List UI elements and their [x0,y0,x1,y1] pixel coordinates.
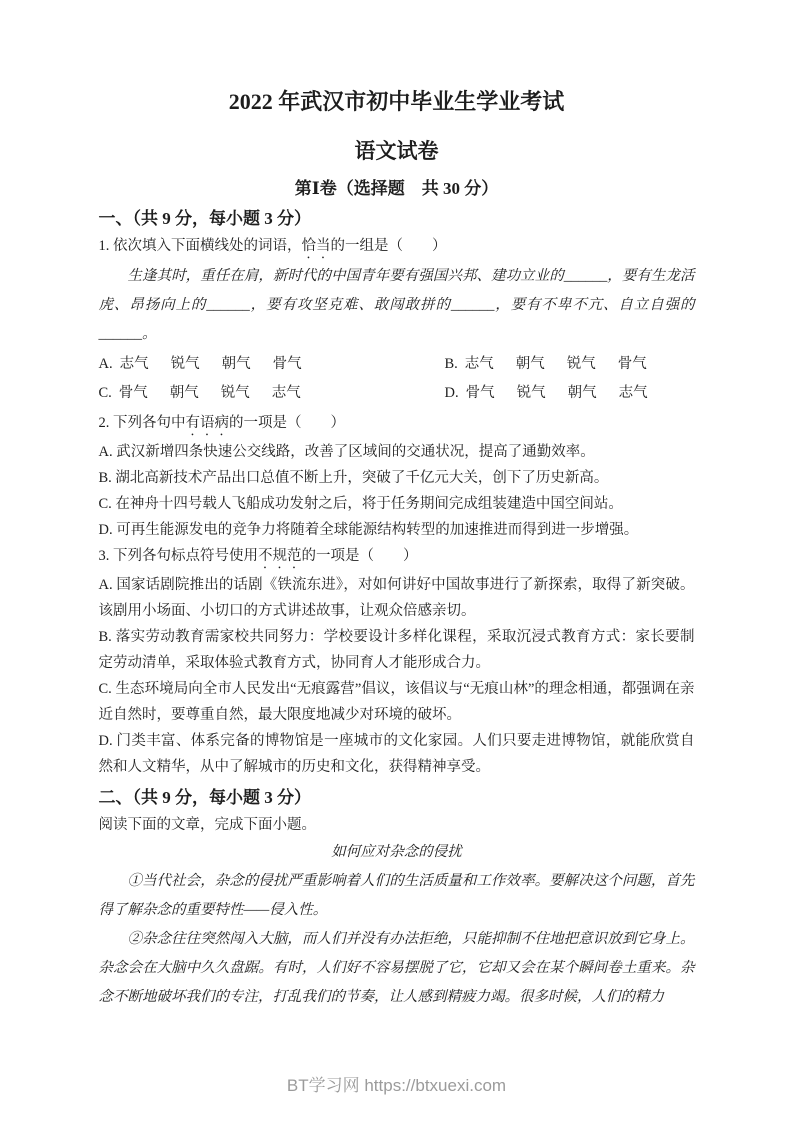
option-label: A. [99,356,113,372]
option-item: 锐气 [171,356,200,372]
exam-title: 2022 年武汉市初中毕业生学业考试 [99,88,695,116]
q3-prompt-emphasis: 不规范 [258,548,302,564]
q2-prompt: 2. 下列各句中有语病的一项是（ ） [99,410,695,439]
section-header: 第Ⅰ卷（选择题 共 30 分） [99,178,695,199]
footer-watermark: BT学习网 https://btxuexi.com [0,1076,793,1096]
reading-intro: 阅读下面的文章，完成下面小题。 [99,812,695,838]
option-item: 锐气 [517,385,546,401]
option-item: 锐气 [221,385,250,401]
option-item: 朝气 [568,385,597,401]
exam-page: 2022 年武汉市初中毕业生学业考试 语文试卷 第Ⅰ卷（选择题 共 30 分） … [0,0,793,1122]
option-item: 志气 [619,385,648,401]
option-item: 骨气 [119,385,148,401]
option-item: 志气 [120,356,149,372]
article-title: 如何应对杂念的侵扰 [99,838,695,867]
q1-options: A.志气锐气朝气骨气 B.志气朝气锐气骨气 C.骨气朝气锐气志气 D.骨气锐气朝… [99,350,695,408]
q2-prompt-emphasis: 有语病 [186,415,230,431]
q1-prompt-emphasis: 恰当 [302,238,331,254]
option-label: D. [445,385,459,401]
q3-option-d: D. 门类丰富、体系完备的博物馆是一座城市的文化家园。人们只要走进博物馆，就能欣… [99,728,695,780]
q1-option-d: D.骨气锐气朝气志气 [445,379,695,408]
option-item: 骨气 [618,356,647,372]
q1-passage: 生逢其时，重任在肩，新时代的中国青年要有强国兴邦、建功立业的______，要有生… [99,262,695,349]
option-item: 朝气 [170,385,199,401]
option-item: 朝气 [222,356,251,372]
q3-option-c: C. 生态环境局向全市人民发出“无痕露营”倡议，该倡议与“无痕山林”的理念相通，… [99,676,695,728]
q2-option-b: B. 湖北高新技术产品出口总值不断上升，突破了千亿元大关，创下了历史新高。 [99,465,695,491]
q2-option-a: A. 武汉新增四条快速公交线路，改善了区域间的交通状况，提高了通勤效率。 [99,439,695,465]
option-item: 朝气 [516,356,545,372]
option-item: 志气 [272,385,301,401]
q3-prompt: 3. 下列各句标点符号使用不规范的一项是（ ） [99,543,695,572]
q1-option-c: C.骨气朝气锐气志气 [99,379,445,408]
q2-option-d: D. 可再生能源发电的竞争力将随着全球能源结构转型的加速推进而得到进一步增强。 [99,517,695,543]
option-item: 锐气 [567,356,596,372]
q1-prompt: 1. 依次填入下面横线处的词语，恰当的一组是（ ） [99,233,695,262]
q1-prompt-post: 的一组是（ ） [331,238,447,254]
option-label: C. [99,385,112,401]
q2-option-c: C. 在神舟十四号载人飞船成功发射之后，将于任务期间完成组装建造中国空间站。 [99,491,695,517]
q2-prompt-post: 的一项是（ ） [229,415,345,431]
option-label: B. [445,356,458,372]
article-paragraph-2: ②杂念往往突然闯入大脑，而人们并没有办法拒绝，只能抑制不住地把意识放到它身上。杂… [99,925,695,1012]
q1-option-a: A.志气锐气朝气骨气 [99,350,445,379]
option-item: 骨气 [466,385,495,401]
q3-option-b: B. 落实劳动教育需家校共同努力：学校要设计多样化课程，采取沉浸式教育方式：家长… [99,624,695,676]
q3-option-a: A. 国家话剧院推出的话剧《铁流东进》，对如何讲好中国故事进行了新探索，取得了新… [99,572,695,624]
page-content: 2022 年武汉市初中毕业生学业考试 语文试卷 第Ⅰ卷（选择题 共 30 分） … [99,0,695,1012]
q1-option-b: B.志气朝气锐气骨气 [445,350,695,379]
article-paragraph-1: ①当代社会，杂念的侵扰严重影响着人们的生活质量和工作效率。要解决这个问题，首先得… [99,867,695,925]
option-item: 志气 [465,356,494,372]
part1-heading: 一、（共 9 分，每小题 3 分） [99,207,695,230]
option-item: 骨气 [273,356,302,372]
q3-prompt-post: 的一项是（ ） [302,548,418,564]
q3-prompt-pre: 3. 下列各句标点符号使用 [99,548,259,564]
part2-heading: 二、（共 9 分，每小题 3 分） [99,786,695,809]
q2-prompt-pre: 2. 下列各句中 [99,415,186,431]
q1-prompt-pre: 1. 依次填入下面横线处的词语， [99,238,302,254]
paper-title: 语文试卷 [99,138,695,164]
